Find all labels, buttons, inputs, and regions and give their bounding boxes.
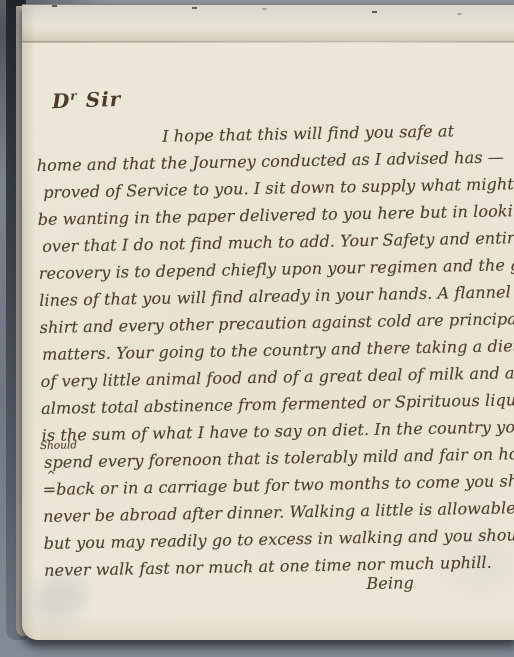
- salutation-initial: D: [52, 89, 71, 114]
- letter-line-text: spend every forenoon that is tolerably m…: [44, 444, 514, 472]
- top-fold-strip: [22, 4, 514, 42]
- interlinear-insertion: Should: [40, 440, 77, 451]
- letter-page: Dr Sir I hope that this will find you sa…: [22, 4, 514, 640]
- stitch-marks: [52, 5, 57, 7]
- salutation-rest: Sir: [77, 87, 121, 113]
- insertion-caret: ^: [46, 462, 56, 489]
- salutation: Dr Sir: [52, 87, 122, 113]
- letter-body: I hope that this will find you safe at h…: [36, 117, 507, 603]
- horizontal-crease: [22, 41, 514, 43]
